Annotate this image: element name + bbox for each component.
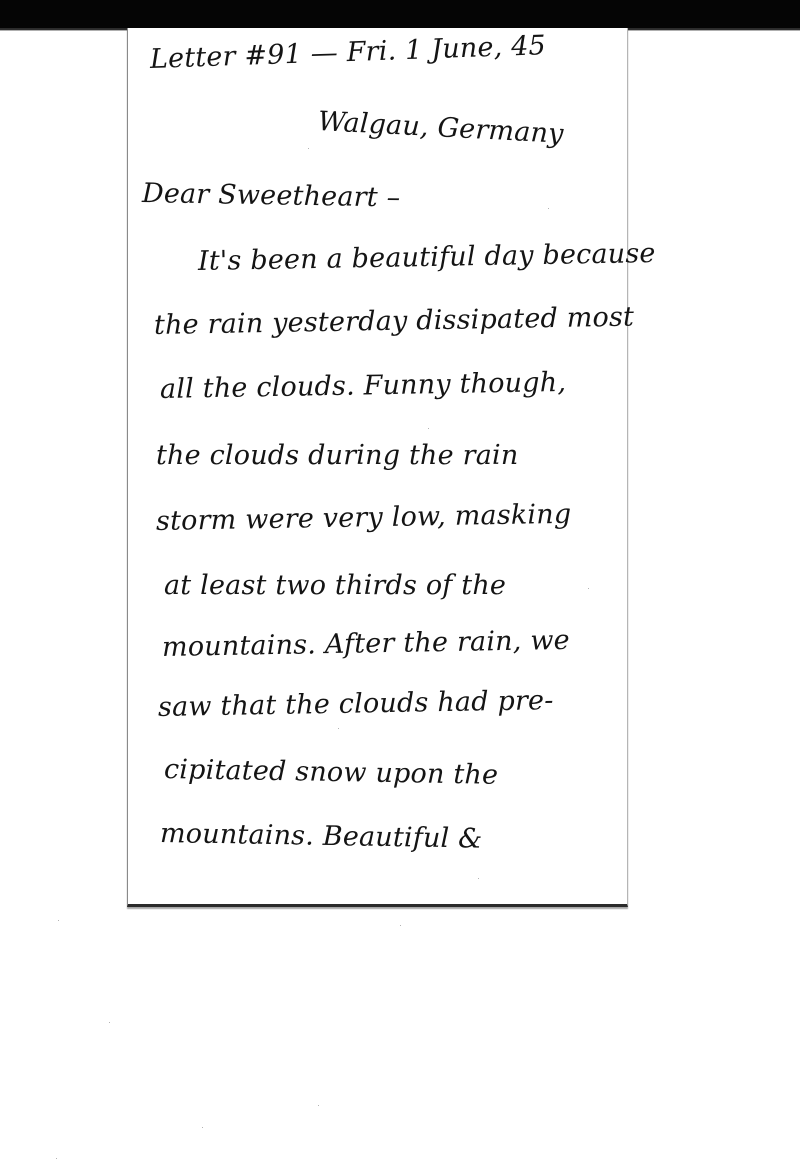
scan-speck: [588, 588, 589, 589]
scanner-top-band: [0, 0, 800, 30]
letter-body-line: the rain yesterday dissipated most: [154, 302, 635, 341]
letter-page: Letter #91 — Fri. 1 June, 45 Walgau, Ger…: [127, 28, 628, 907]
scan-speck: [308, 148, 309, 149]
scan-speck: [109, 1022, 110, 1023]
letter-location-line: Walgau, Germany: [317, 106, 564, 150]
scan-speck: [56, 1158, 57, 1159]
letter-title-line: Letter #91 — Fri. 1 June, 45: [149, 30, 546, 75]
scan-speck: [400, 925, 401, 926]
letter-body-line: It's been a beautiful day because: [198, 238, 656, 277]
scan-speck: [428, 428, 429, 429]
scan-speck: [478, 878, 479, 879]
letter-body-line: all the clouds. Funny though,: [160, 367, 567, 405]
scan-speck: [338, 728, 339, 729]
letter-salutation: Dear Sweetheart –: [142, 178, 401, 214]
scan-speck: [318, 1105, 319, 1106]
letter-body-line: at least two thirds of the: [164, 570, 506, 601]
letter-body-line: mountains. Beautiful &: [160, 818, 483, 855]
letter-body-line: mountains. After the rain, we: [162, 625, 570, 663]
letter-body-line: cipitated snow upon the: [164, 754, 499, 791]
scan-speck: [548, 208, 549, 209]
scan-speck: [202, 1127, 203, 1128]
scan-speck: [58, 920, 59, 921]
letter-body-line: saw that the clouds had pre-: [158, 685, 554, 723]
letter-body-line: storm were very low, masking: [156, 499, 572, 537]
page-top-edge: [128, 28, 627, 30]
letter-body-line: the clouds during the rain: [156, 440, 518, 471]
